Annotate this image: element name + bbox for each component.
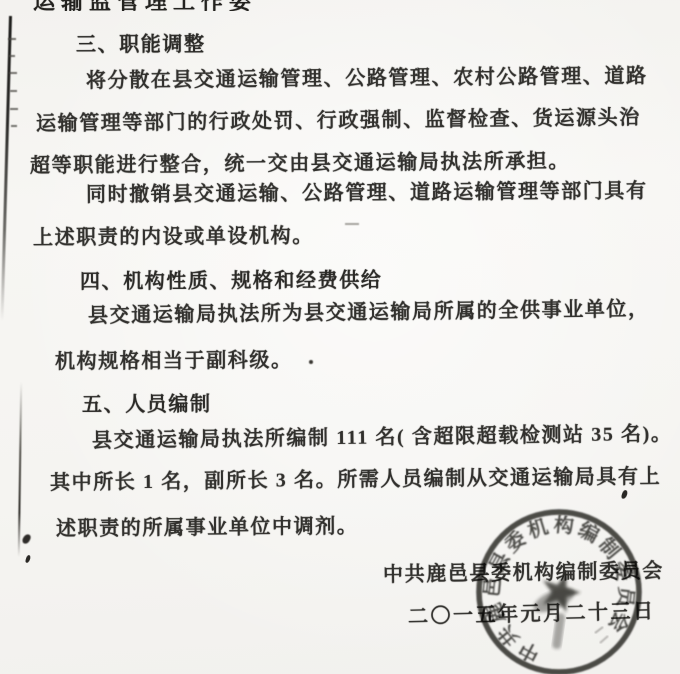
scan-tick — [9, 55, 15, 57]
scan-tick — [10, 108, 18, 110]
scan-speck — [309, 360, 313, 364]
scan-smudge — [345, 223, 359, 225]
section3-para1-line3: 超等职能进行整合，统一交由县交通运输局执法所承担。 — [30, 144, 570, 178]
scan-tick — [10, 90, 17, 92]
section5-para-line3: 述职责的所属事业单位中调剂。 — [56, 509, 359, 541]
scan-binding-line-lower — [18, 382, 22, 557]
scan-tick — [9, 72, 17, 74]
scanned-document-page: 运输监管理工作要 三、职能调整 将分散在县交通运输管理、公路管理、农村公路管理、… — [0, 0, 680, 674]
section4-para-line2: 机构规格相当于副科级。 — [55, 343, 293, 374]
scan-binding-line — [0, 16, 12, 321]
scan-tick — [11, 125, 17, 127]
scan-tick — [8, 38, 16, 40]
official-seal: 中共鹿邑县委机构编制委员会 ★ — [467, 505, 652, 674]
clipped-top-line-text: 运输监管理工作要 — [33, 0, 257, 11]
section3-para2-line1: 同时撤销县交通运输、公路管理、道路运输管理等部门具有 — [86, 174, 648, 207]
seal-minor-mark — [595, 627, 603, 633]
section3-heading: 三、职能调整 — [76, 28, 206, 57]
section5-para-line1: 县交通运输局执法所编制 111 名( 含超限超载检测站 35 名)。 — [92, 417, 673, 453]
section3-para1-line2: 运输管理等部门的行政处罚、行政强制、监督检查、货运源头治 — [36, 101, 641, 136]
section4-heading: 四、机构性质、规格和经费供给 — [80, 263, 383, 294]
scan-speck — [621, 489, 629, 499]
section5-heading: 五、人员编制 — [82, 387, 212, 417]
seal-minor-mark — [600, 636, 608, 643]
section5-para-line2: 其中所长 1 名，副所长 3 名。所需人员编制从交通运输局具有上 — [50, 460, 661, 495]
clipped-top-line: 运输监管理工作要 — [33, 0, 263, 11]
section3-para1-line1: 将分散在县交通运输管理、公路管理、农村公路管理、道路 — [86, 59, 648, 93]
section4-para-line1: 县交通运输局执法所为县交通运输局所属的全供事业单位， — [88, 292, 650, 328]
ink-blot — [21, 533, 32, 545]
section3-para2-line2: 上述职责的内设或单设机构。 — [33, 219, 314, 250]
scan-speck — [25, 555, 31, 564]
